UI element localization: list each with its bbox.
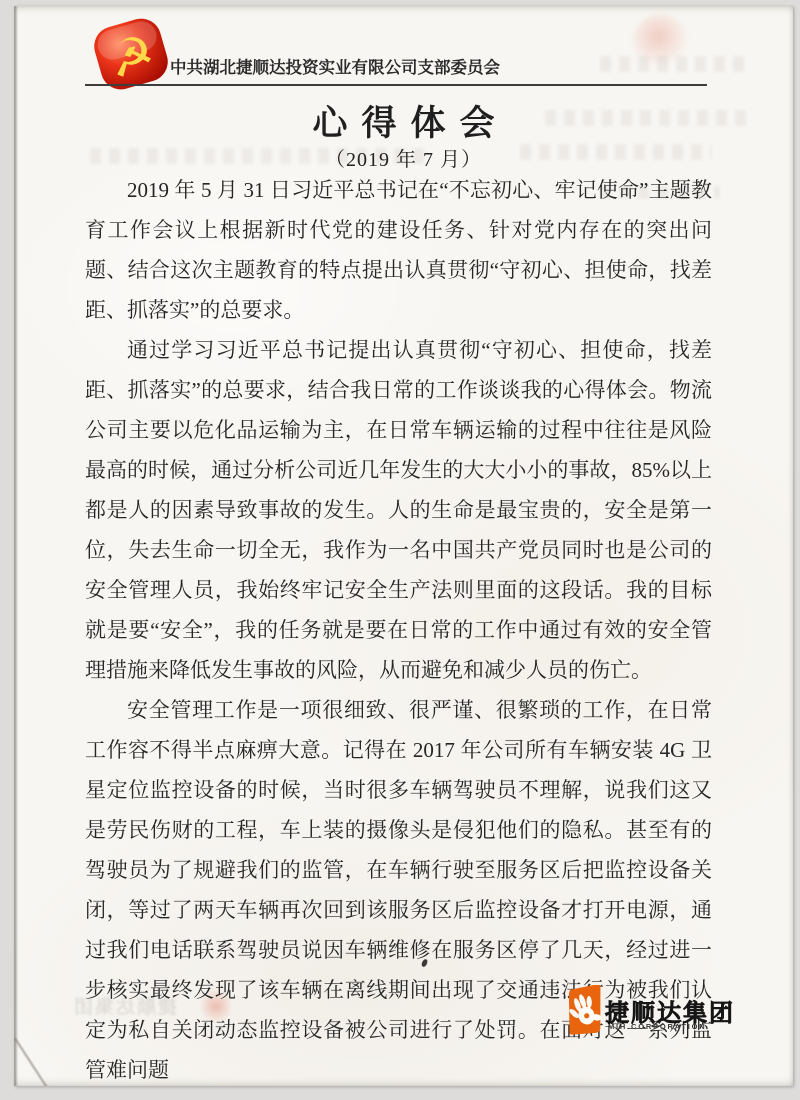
document-date: （2019 年 7 月） bbox=[14, 143, 793, 172]
header-divider bbox=[85, 84, 707, 86]
scanner-background: 捷顺达集团 ☭ 中共湖北捷顺达投资实业 bbox=[0, 0, 800, 1100]
bleedthrough-text-line bbox=[600, 56, 750, 72]
page-title: 心得体会 bbox=[14, 96, 793, 146]
body-paragraph: 通过学习习近平总书记提出认真贯彻“守初心、担使命，找差距、抓落实”的总要求，结合… bbox=[85, 330, 712, 690]
party-emblem-icon: ☭ bbox=[90, 16, 172, 92]
body-paragraph: 2019 年 5 月 31 日习近平总书记在“不忘初心、牢记使命”主题教育工作会… bbox=[85, 170, 712, 330]
org-name: 中共湖北捷顺达投资实业有限公司支部委员会 bbox=[170, 54, 530, 78]
document-body: 2019 年 5 月 31 日习近平总书记在“不忘初心、牢记使命”主题教育工作会… bbox=[85, 170, 712, 1086]
paper-crease bbox=[14, 1038, 52, 1086]
footer-brand-logo: 捷顺达集团 MIH.CORPORATION bbox=[565, 983, 745, 1043]
brand-subtitle: MIH.CORPORATION bbox=[608, 1022, 707, 1031]
brand-hand-icon bbox=[565, 985, 605, 1035]
document-page: 捷顺达集团 ☭ 中共湖北捷顺达投资实业 bbox=[14, 6, 793, 1086]
